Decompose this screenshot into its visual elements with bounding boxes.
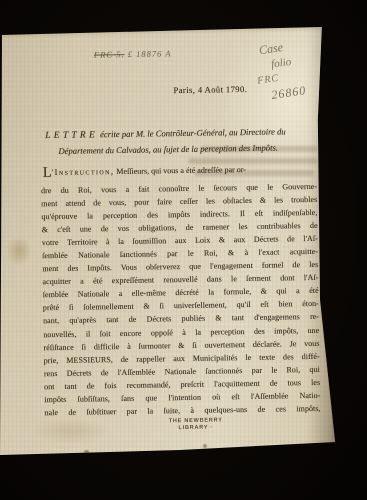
- dateline: Paris, 4 Août 1790.: [173, 84, 247, 95]
- title-line1: écrite par M. le Contrôleur-Général, au …: [98, 126, 286, 139]
- title-lead-word: LETTRE: [45, 129, 98, 141]
- library-stamp: THE NEWBERRY LIBRARY ·: [161, 417, 231, 431]
- printed-text-layer: Paris, 4 Août 1790. LETTRE écrite par M.…: [0, 0, 367, 500]
- opening-line-rest: Meſſieurs, qui vous a été adreſſée par o…: [114, 165, 246, 176]
- body-opening-line: L'Instruction, Meſſieurs, qui vous a été…: [43, 163, 319, 178]
- photograph-backdrop: FRC 5. £ 18876 A Case folio FRC 26860 Pa…: [0, 0, 367, 500]
- library-stamp-line: THE NEWBERRY: [161, 417, 231, 425]
- drop-cap: L: [43, 165, 52, 181]
- title-line2: Département du Calvados, au ſujet de la …: [58, 139, 321, 158]
- library-stamp-line: LIBRARY ·: [161, 424, 231, 432]
- opening-word: 'Instruction,: [52, 166, 115, 177]
- letter-page: FRC 5. £ 18876 A Case folio FRC 26860 Pa…: [0, 0, 367, 500]
- body-text: dre du Roi, vous a fait connoître le ſec…: [41, 180, 321, 419]
- letter-title: LETTRE écrite par M. le Contrôleur-Génér…: [45, 124, 321, 158]
